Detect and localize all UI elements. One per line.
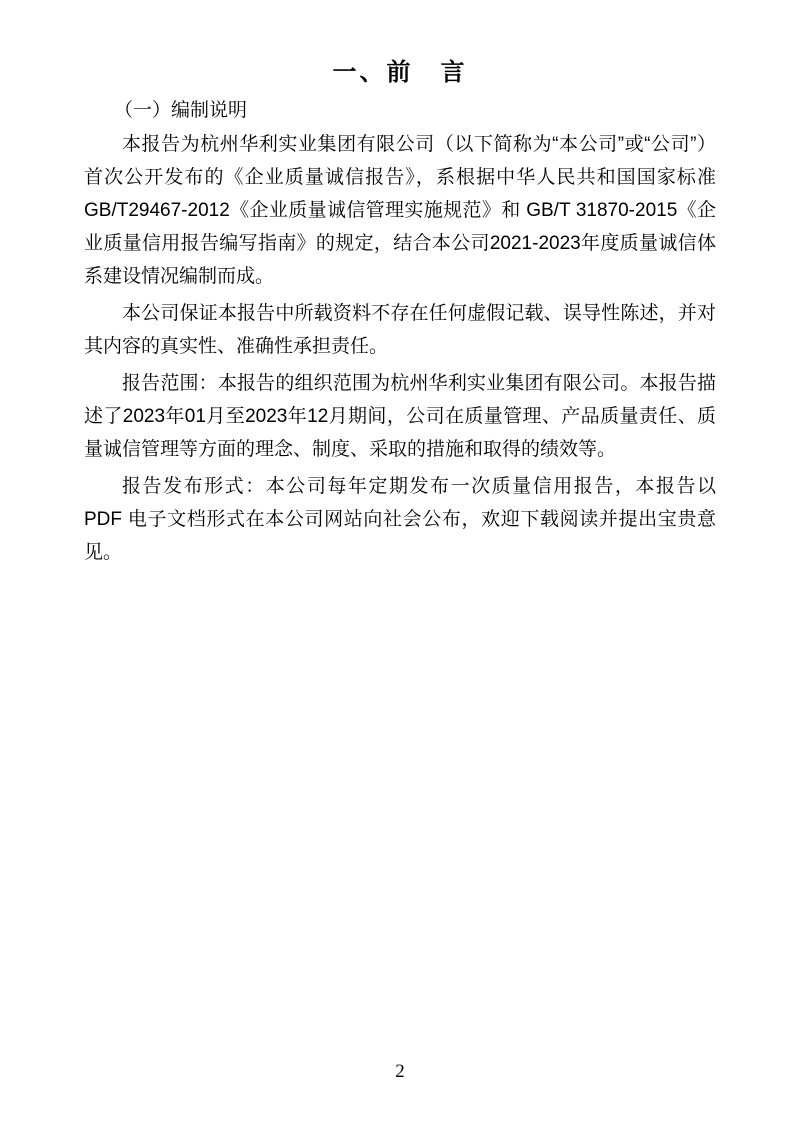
page-title: 一、前 言 (84, 58, 716, 88)
paragraph-report-scope: 报告范围：本报告的组织范围为杭州华利实业集团有限公司。本报告描述了2023年01… (84, 367, 716, 466)
document-page: 一、前 言 （一）编制说明 本报告为杭州华利实业集团有限公司（以下简称为“本公司… (0, 0, 800, 1131)
paragraph-accuracy-guarantee: 本公司保证本报告中所载资料不存在任何虚假记载、误导性陈述，并对其内容的真实性、准… (84, 297, 716, 363)
paragraph-compilation-intro: 本报告为杭州华利实业集团有限公司（以下简称为“本公司”或“公司”）首次公开发布的… (84, 128, 716, 293)
page-number: 2 (0, 1060, 800, 1084)
paragraph-release-format: 报告发布形式：本公司每年定期发布一次质量信用报告，本报告以 PDF 电子文档形式… (84, 470, 716, 569)
section-heading: （一）编制说明 (114, 98, 716, 124)
